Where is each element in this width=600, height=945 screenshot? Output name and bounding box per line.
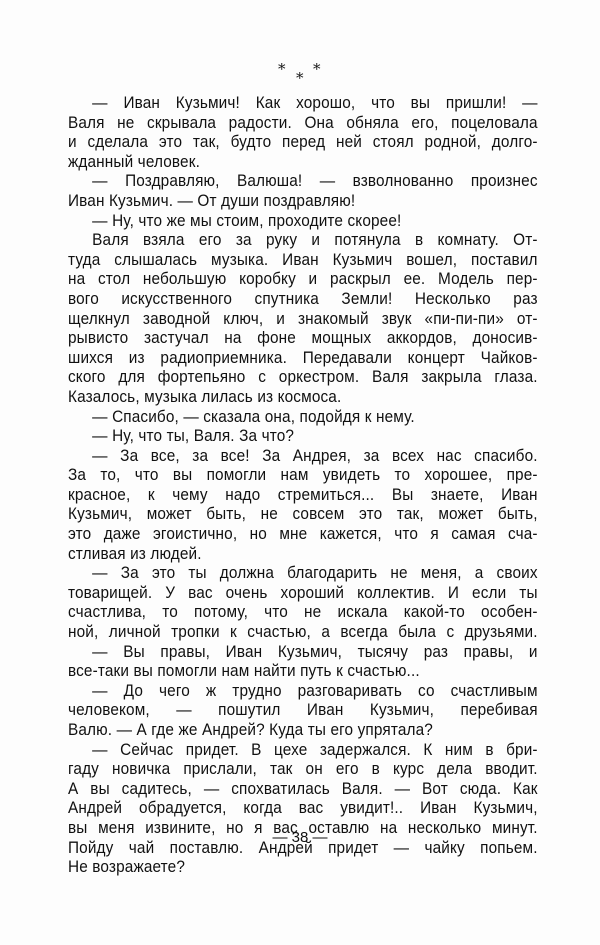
text-line: шихся из радиоприемника. Передавали конц…: [68, 349, 538, 369]
text-line: гаду новичка прислали, так он его в курс…: [68, 760, 538, 780]
text-line: и сделала это так, будто перед ней стоял…: [68, 133, 538, 153]
text-line: Иван Кузьмич. — От души поздравляю!: [68, 192, 538, 212]
text-line: красное, к чему надо стремиться... Вы зн…: [68, 486, 538, 506]
text-line: ского для фортепьяно с оркестром. Валя з…: [68, 368, 538, 388]
text-line: — Поздравляю, Валюша! — взволнованно про…: [68, 172, 538, 192]
text-line: на стол небольшую коробку и раскрыл ее. …: [68, 270, 538, 290]
text-line: Кузьмич, может быть, не совсем это так, …: [68, 505, 538, 525]
page-body-text: — Иван Кузьмич! Как хорошо, что вы пришл…: [68, 94, 505, 878]
text-line: человеком, — пошутил Иван Кузьмич, переб…: [68, 701, 538, 721]
text-line: — За все, за все! За Андрея, за всех нас…: [68, 447, 538, 467]
text-line: Казалось, музыка лилась из космоса.: [68, 388, 538, 408]
text-line: За то, что вы помогли нам увидеть то хор…: [68, 466, 538, 486]
text-line: Не возражаете?: [68, 858, 538, 878]
asterisk-icon: *: [296, 71, 304, 86]
section-divider-asterism: * * *: [0, 50, 600, 80]
text-line: жданный человек.: [68, 153, 538, 173]
text-line: — Сейчас придет. В цехе задержался. К ни…: [68, 741, 538, 761]
book-page: * * * — Иван Кузьмич! Как хорошо, что вы…: [0, 0, 600, 945]
asterisk-icon: *: [278, 62, 286, 77]
text-line: вого искусственного спутника Земли! Неск…: [68, 290, 538, 310]
asterisk-icon: *: [313, 62, 321, 77]
text-line: Андрей обрадуется, когда вас увидит!.. И…: [68, 799, 538, 819]
text-line: стливая из людей.: [68, 545, 538, 565]
text-line: — Иван Кузьмич! Как хорошо, что вы пришл…: [68, 94, 538, 114]
page-number: — 38 —: [0, 829, 600, 846]
text-line: — За это ты должна благодарить не меня, …: [68, 564, 538, 584]
text-line: Валя не скрывала радости. Она обняла его…: [68, 114, 538, 134]
text-line: Валю. — А где же Андрей? Куда ты его упр…: [68, 721, 538, 741]
text-line: товарищей. У вас очень хороший коллектив…: [68, 584, 538, 604]
text-line: рывисто застучал на фоне мощных аккордов…: [68, 329, 538, 349]
text-line: — Спасибо, — сказала она, подойдя к нему…: [68, 408, 538, 428]
text-line: это даже эгоистично, но мне кажется, что…: [68, 525, 538, 545]
text-line: все-таки вы помогли нам найти путь к сча…: [68, 662, 538, 682]
text-line: Валя взяла его за руку и потянула в комн…: [68, 231, 538, 251]
text-line: — Ну, что ты, Валя. За что?: [68, 427, 538, 447]
text-line: ной, личной тропки к счастью, а всегда б…: [68, 623, 538, 643]
text-line: щелкнул заводной ключ, и знакомый звук «…: [68, 310, 538, 330]
text-line: — Вы правы, Иван Кузьмич, тысячу раз пра…: [68, 643, 538, 663]
text-line: туда слышалась музыка. Иван Кузьмич воше…: [68, 251, 538, 271]
text-line: счастлива, то потому, что не искала како…: [68, 603, 538, 623]
text-line: А вы садитесь, — спохватилась Валя. — Во…: [68, 780, 538, 800]
text-line: — Ну, что же мы стоим, проходите скорее!: [68, 212, 538, 232]
text-line: — До чего ж трудно разговаривать со счас…: [68, 682, 538, 702]
